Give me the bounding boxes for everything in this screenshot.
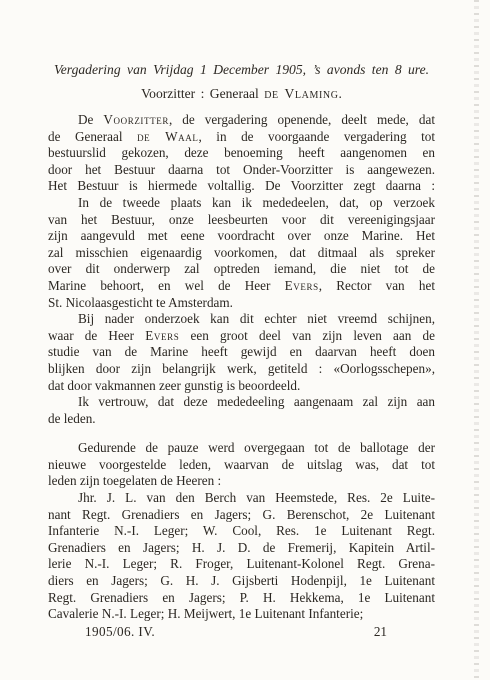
text-segment: de Generaal [48, 129, 137, 144]
text-line: lerie N.-I. Leger; R. Froger, Luitenant-… [48, 556, 435, 573]
paragraph: Bij nader onderzoek kan dit echter niet … [48, 311, 435, 394]
text-segment: een groot deel van zijn leven aan de [179, 328, 435, 343]
footer-page-number: 21 [374, 623, 435, 640]
text-line: diers en Jagers; G. H. J. Gijsberti Hode… [48, 573, 435, 590]
paragraph: Jhr. J. L. van den Berch van Heemstede, … [48, 490, 435, 623]
text-segment: Voorzitter : Generaal [141, 86, 264, 101]
text-line: de leden. [48, 411, 435, 428]
text-line: over dit onderwerp zal optreden iemand, … [48, 261, 435, 278]
text-line: De Voorzitter, de vergadering openende, … [48, 112, 435, 129]
text-line: bestuurslid gekozen, deze benoeming heef… [48, 145, 435, 162]
text-line: Infanterie N.-I. Leger; W. Cool, Res. 1e… [48, 523, 435, 540]
text-segment: St. Nicolaasgesticht te Amsterdam. [48, 295, 233, 310]
text-segment: Regt. Grenadiers en Jagers; P. H. Hekkem… [48, 590, 435, 605]
text-segment: Jhr. J. L. van den Berch van Heemstede, … [78, 490, 435, 505]
text-segment: De [78, 112, 103, 127]
text-line: dat door vakmannen zeer gunstig is beoor… [48, 378, 435, 395]
text-line: waar de Heer Evers een groot deel van zi… [48, 328, 435, 345]
scan-edge-artifact [474, 0, 479, 680]
text-line: studie van de Marine heeft gewijd en daa… [48, 344, 435, 361]
text-segment: Grenadiers en Jagers; H. J. D. de Fremer… [48, 540, 435, 555]
text-segment: studie van de Marine heeft gewijd en daa… [48, 344, 435, 359]
text-segment: Cavalerie N.-I. Leger; H. Meijwert, 1e L… [48, 606, 363, 621]
text-line: blijken door zijn belangrijk werk, getit… [48, 361, 435, 378]
scanned-document-page: Vergadering van Vrijdag 1 December 1905,… [0, 0, 490, 680]
text-line: Jhr. J. L. van den Berch van Heemstede, … [48, 490, 435, 507]
footer-volume-label: 1905/06. IV. [48, 623, 155, 640]
text-segment: Bij nader onderzoek kan dit echter niet … [78, 311, 435, 326]
text-segment: nant Regt. Grenadiers en Jagers; G. Bere… [48, 507, 435, 522]
text-segment: Infanterie N.-I. Leger; W. Cool, Res. 1e… [48, 523, 435, 538]
text-line: Het Bestuur is hiermede voltallig. De Vo… [48, 178, 435, 195]
text-segment: bestuurslid gekozen, deze benoeming heef… [48, 145, 435, 160]
document-body: De Voorzitter, de vergadering openende, … [48, 112, 435, 623]
text-segment: , in de voorgaande vergadering tot [198, 129, 435, 144]
text-segment: de leden. [48, 411, 96, 426]
small-caps-name: de Vlaming [264, 86, 338, 101]
text-segment: Het Bestuur is hiermede voltallig. De Vo… [48, 178, 435, 193]
text-line: de Generaal de Waal, in de voorgaande ve… [48, 129, 435, 146]
text-line: Grenadiers en Jagers; H. J. D. de Fremer… [48, 540, 435, 557]
text-line: Bij nader onderzoek kan dit echter niet … [48, 311, 435, 328]
text-segment: diers en Jagers; G. H. J. Gijsberti Hode… [48, 573, 435, 588]
text-line: Regt. Grenadiers en Jagers; P. H. Hekkem… [48, 590, 435, 607]
text-segment: van het Bestuur, onze leesbeurten voor d… [48, 212, 435, 227]
paragraph: Ik vertrouw, dat deze mededeeling aangen… [48, 394, 435, 427]
text-segment: over dit onderwerp zal optreden iemand, … [48, 261, 435, 276]
text-line: Cavalerie N.-I. Leger; H. Meijwert, 1e L… [48, 606, 435, 623]
small-caps-name: de Waal [137, 129, 198, 144]
text-line: St. Nicolaasgesticht te Amsterdam. [48, 295, 435, 312]
text-line: van het Bestuur, onze leesbeurten voor d… [48, 212, 435, 229]
small-caps-name: Voorzitter [103, 112, 169, 127]
text-line: leden zijn toegelaten de Heeren : [48, 473, 435, 490]
text-segment: Gedurende de pauze werd overgegaan tot d… [78, 440, 435, 455]
text-line: nieuwe voorgestelde leden, waarvan de ui… [48, 457, 435, 474]
text-segment: , Rector van het [319, 278, 435, 293]
text-line: zal misschien eigenaardig voorkomen, dat… [48, 245, 435, 262]
small-caps-name: Evers [145, 328, 179, 343]
text-segment: dat door vakmannen zeer gunstig is beoor… [48, 378, 300, 393]
paragraph: De Voorzitter, de vergadering openende, … [48, 112, 435, 195]
text-segment: door het Bestuur daarna tot Onder-Voorzi… [48, 162, 435, 177]
text-block: Vergadering van Vrijdag 1 December 1905,… [48, 62, 435, 623]
paragraph: In de tweede plaats kan ik mededeelen, d… [48, 195, 435, 311]
text-segment: lerie N.-I. Leger; R. Froger, Luitenant-… [48, 556, 435, 571]
meeting-title: Vergadering van Vrijdag 1 December 1905,… [48, 62, 435, 78]
text-segment: nieuwe voorgestelde leden, waarvan de ui… [48, 457, 435, 472]
text-segment: Ik vertrouw, dat deze mededeeling aangen… [78, 394, 435, 409]
text-segment: . [339, 86, 342, 101]
text-segment: Marine behoort, en wel de Heer [48, 278, 285, 293]
text-line: Ik vertrouw, dat deze mededeeling aangen… [48, 394, 435, 411]
session-chair-heading: Voorzitter : Generaal de Vlaming. [48, 86, 435, 102]
text-line: Gedurende de pauze werd overgegaan tot d… [48, 440, 435, 457]
text-segment: waar de Heer [48, 328, 145, 343]
text-line: In de tweede plaats kan ik mededeelen, d… [48, 195, 435, 212]
text-segment: zijn aangevuld met eene voordracht over … [48, 228, 435, 243]
small-caps-name: Evers [285, 278, 319, 293]
text-line: door het Bestuur daarna tot Onder-Voorzi… [48, 162, 435, 179]
text-line: Marine behoort, en wel de Heer Evers, Re… [48, 278, 435, 295]
text-segment: leden zijn toegelaten de Heeren : [48, 473, 221, 488]
text-segment: blijken door zijn belangrijk werk, getit… [48, 361, 435, 376]
page-footer: 1905/06. IV. 21 [48, 623, 435, 640]
text-line: zijn aangevuld met eene voordracht over … [48, 228, 435, 245]
text-segment: , de vergadering openende, deelt mede, d… [169, 112, 435, 127]
text-line: nant Regt. Grenadiers en Jagers; G. Bere… [48, 507, 435, 524]
text-segment: In de tweede plaats kan ik mededeelen, d… [78, 195, 435, 210]
paragraph: Gedurende de pauze werd overgegaan tot d… [48, 440, 435, 490]
text-segment: zal misschien eigenaardig voorkomen, dat… [48, 245, 435, 260]
